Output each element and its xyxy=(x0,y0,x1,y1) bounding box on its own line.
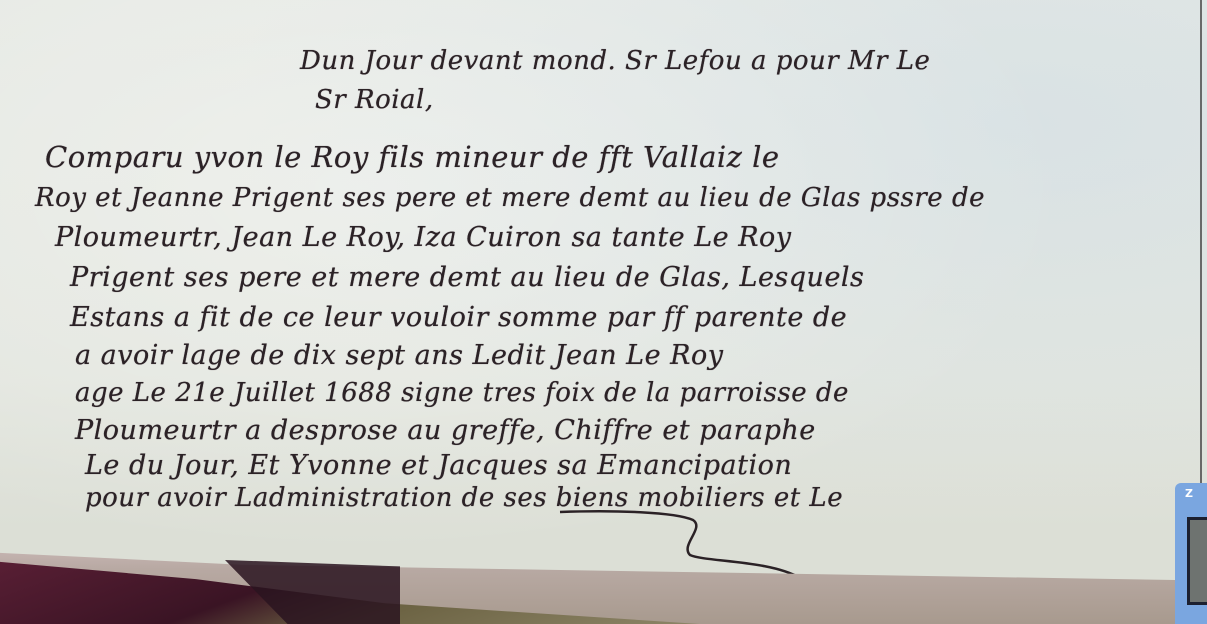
page-edge-line xyxy=(1200,0,1202,540)
body-line-5: Estans a fit de ce leur vouloir somme pa… xyxy=(70,302,847,333)
body-line-3: Ploumeurtr, Jean Le Roy, Iza Cuiron sa t… xyxy=(55,222,792,253)
body-line-7: age Le 21e Juillet 1688 signe tres foix … xyxy=(75,378,849,408)
body-line-2: Roy et Jeanne Prigent ses pere et mere d… xyxy=(35,183,985,213)
heading-line-2: Sr Roial, xyxy=(315,85,434,115)
signature-flourish-icon xyxy=(555,500,805,580)
zoom-label: Z xyxy=(1185,487,1193,500)
body-line-9: Le du Jour, Et Yvonne et Jacques sa Eman… xyxy=(85,450,792,481)
thumbnail-preview[interactable] xyxy=(1187,517,1207,605)
thumbnail-navigator[interactable]: Z xyxy=(1175,483,1207,624)
body-line-8: Ploumeurtr a desprose au greffe, Chiffre… xyxy=(75,415,816,446)
body-line-1: Comparu yvon le Roy fils mineur de fft V… xyxy=(45,140,780,174)
body-line-6: a avoir lage de dix sept ans Ledit Jean … xyxy=(75,340,724,371)
manuscript-page: Dun Jour devant mond. Sr Lefou a pour Mr… xyxy=(0,0,1207,624)
body-line-4: Prigent ses pere et mere demt au lieu de… xyxy=(70,262,864,293)
heading-line-1: Dun Jour devant mond. Sr Lefou a pour Mr… xyxy=(300,46,930,76)
